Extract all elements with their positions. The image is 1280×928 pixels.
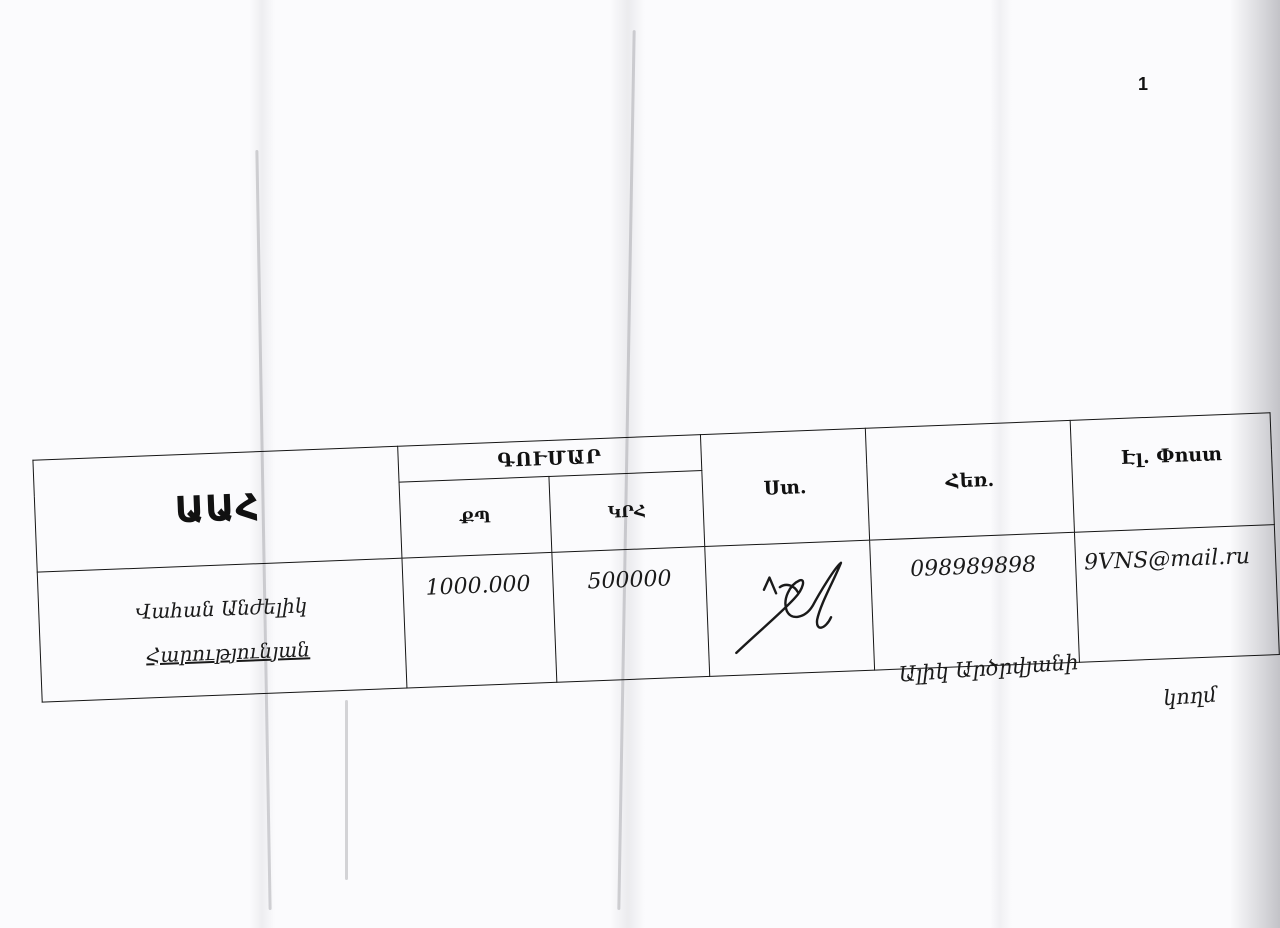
cell-amount-kp: 1000.000: [402, 552, 557, 688]
scanned-page: 1 ԱԱՀ ԳՈՒՄԱՐ Ստ. Հեռ. Էլ. Փոստ ՔՊ ԿՐՀ: [0, 0, 1280, 928]
header-email: Էլ. Փոստ: [1070, 413, 1274, 533]
cell-amount-krh: 500000: [552, 547, 710, 683]
note-line-2: կողմ: [1162, 683, 1217, 711]
cell-full-name: Վահան Անժելիկ Հարությունյան: [37, 558, 407, 702]
note-line-1: Ալիկ Արծրվյանի: [898, 650, 1079, 686]
header-amount-krh: ԿՐՀ: [549, 471, 705, 553]
header-name: ԱԱՀ: [33, 446, 402, 572]
header-amount-kp: ՔՊ: [399, 476, 552, 558]
header-phone: Հեռ.: [865, 420, 1074, 540]
page-number: 1: [1138, 74, 1148, 95]
registration-table-wrap: ԱԱՀ ԳՈՒՄԱՐ Ստ. Հեռ. Էլ. Փոստ ՔՊ ԿՐՀ Վահա…: [32, 412, 1280, 839]
header-signature: Ստ.: [700, 428, 869, 546]
cell-signature: [705, 540, 875, 676]
signature-icon: [723, 556, 857, 661]
